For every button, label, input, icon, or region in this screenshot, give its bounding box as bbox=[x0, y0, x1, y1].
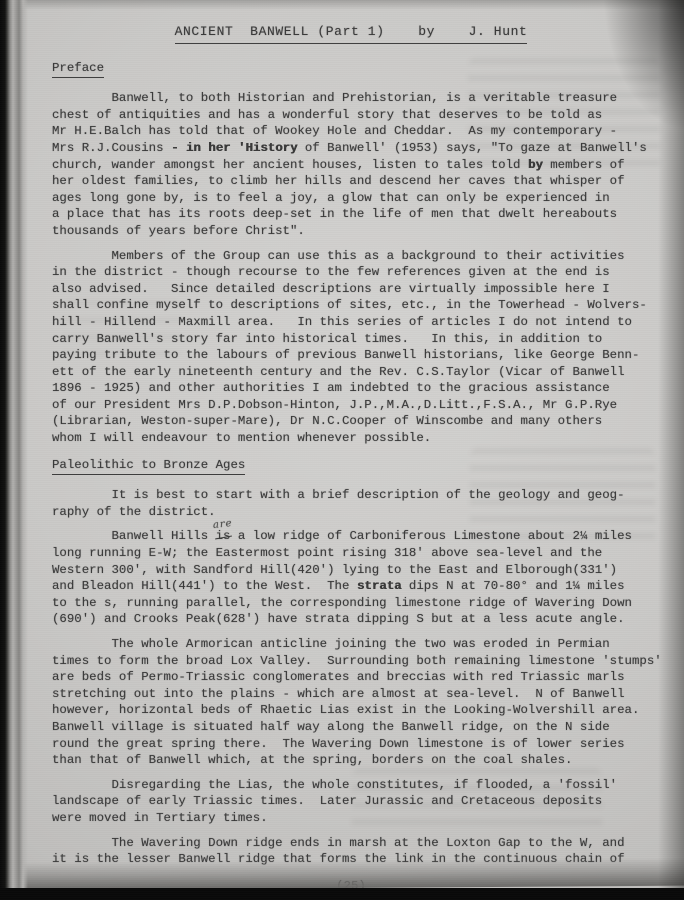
text-line: Banwell village is situated half way alo… bbox=[52, 719, 650, 736]
text-line: church, wander amongst her ancient house… bbox=[52, 157, 650, 174]
scan-background-strip bbox=[0, 888, 684, 900]
title-row: ANCIENT BANWELL (Part 1) by J. Hunt bbox=[52, 24, 650, 44]
text-line: 1896 - 1925) and other authorities I am … bbox=[52, 380, 650, 397]
text-line: carry Banwell's story far into historica… bbox=[52, 331, 650, 348]
text-line: raphy of the district. bbox=[52, 504, 650, 521]
text-line: long running E-W; the Eastermost point r… bbox=[52, 545, 650, 562]
paragraph: Members of the Group can use this as a b… bbox=[52, 248, 650, 447]
text-line: shall confine myself to descriptions of … bbox=[52, 297, 650, 314]
text-line: hill - Hillend - Maxmill area. In this s… bbox=[52, 314, 650, 331]
text-line: are beds of Permo-Triassic conglomerates… bbox=[52, 669, 650, 686]
text-line: were moved in Tertiary times. bbox=[52, 810, 650, 827]
paragraph: Banwell Hills isare a low ridge of Carbo… bbox=[52, 528, 650, 628]
overtyped-text: by bbox=[528, 158, 543, 172]
text-line: It is best to start with a brief descrip… bbox=[52, 487, 650, 504]
document-body: ANCIENT BANWELL (Part 1) by J. Hunt Pref… bbox=[52, 24, 650, 894]
top-edge-shadow bbox=[0, 0, 684, 10]
text-line: Banwell Hills isare a low ridge of Carbo… bbox=[52, 528, 650, 545]
section-preface: Preface Banwell, to both Historian and P… bbox=[52, 60, 650, 447]
struck-text: isare bbox=[216, 528, 231, 545]
section-heading: Preface bbox=[52, 60, 104, 79]
text-line: a place that has its roots deep-set in t… bbox=[52, 206, 650, 223]
text-line: her oldest families, to climb her hills … bbox=[52, 173, 650, 190]
text-line: to the s, running parallel, the correspo… bbox=[52, 595, 650, 612]
paragraph: It is best to start with a brief descrip… bbox=[52, 487, 650, 520]
overtyped-text: strata bbox=[357, 579, 402, 593]
text-line: (Librarian, Weston-super-Mare), Dr N.C.C… bbox=[52, 413, 650, 430]
section-paragraphs: Banwell, to both Historian and Prehistor… bbox=[52, 90, 650, 446]
text-line: and Bleadon Hill(441') to the West. The … bbox=[52, 578, 650, 595]
top-right-corner-shadow bbox=[594, 0, 684, 190]
page-bottom-edge bbox=[0, 858, 684, 891]
overtyped-text: - in her 'History bbox=[171, 141, 297, 155]
text-line: Disregarding the Lias, the whole constit… bbox=[52, 777, 650, 794]
text-line: The whole Armorican anticline joining th… bbox=[52, 636, 650, 653]
section-paleolithic-to-bronze-ages: Paleolithic to Bronze Ages It is best to… bbox=[52, 457, 650, 868]
text-line: chest of antiquities and has a wonderful… bbox=[52, 107, 650, 124]
text-line: times to form the broad Lox Valley. Surr… bbox=[52, 653, 650, 670]
text-line: than that of Banwell which, at the sprin… bbox=[52, 752, 650, 769]
text-line: ett of the early nineteenth century and … bbox=[52, 364, 650, 381]
text-line: The Wavering Down ridge ends in marsh at… bbox=[52, 835, 650, 852]
text-line: (690') and Crooks Peak(628') have strata… bbox=[52, 611, 650, 628]
page-title: ANCIENT BANWELL (Part 1) by J. Hunt bbox=[175, 24, 528, 44]
section-heading: Paleolithic to Bronze Ages bbox=[52, 457, 245, 476]
scanned-book-page: ANCIENT BANWELL (Part 1) by J. Hunt Pref… bbox=[0, 0, 684, 900]
text-line: Western 300', with Sandford Hill(420') l… bbox=[52, 562, 650, 579]
book-binding bbox=[0, 0, 28, 900]
paragraph: Disregarding the Lias, the whole constit… bbox=[52, 777, 650, 827]
text-line: in the district - though recourse to the… bbox=[52, 264, 650, 281]
text-line: Mrs R.J.Cousins - in her 'History of Ban… bbox=[52, 140, 650, 157]
section-paragraphs: It is best to start with a brief descrip… bbox=[52, 487, 650, 867]
text-line: round the great spring there. The Waveri… bbox=[52, 736, 650, 753]
text-line: stretching out into the plains - which a… bbox=[52, 686, 650, 703]
text-line: landscape of early Triassic times. Later… bbox=[52, 793, 650, 810]
text-line: whom I will endeavour to mention wheneve… bbox=[52, 430, 650, 447]
text-line: of our President Mrs D.P.Dobson-Hinton, … bbox=[52, 397, 650, 414]
text-line: thousands of years before Christ". bbox=[52, 223, 650, 240]
text-line: ages long gone by, is to feel a joy, a g… bbox=[52, 190, 650, 207]
paragraph: The whole Armorican anticline joining th… bbox=[52, 636, 650, 769]
text-line: paying tribute to the labours of previou… bbox=[52, 347, 650, 364]
paragraph: Banwell, to both Historian and Prehistor… bbox=[52, 90, 650, 239]
text-line: also advised. Since detailed description… bbox=[52, 281, 650, 298]
text-line: Members of the Group can use this as a b… bbox=[52, 248, 650, 265]
text-line: Mr H.E.Balch has told that of Wookey Hol… bbox=[52, 123, 650, 140]
handwritten-insertion: are bbox=[212, 516, 233, 535]
text-line: however, horizontal beds of Rhaetic Lias… bbox=[52, 702, 650, 719]
text-line: Banwell, to both Historian and Prehistor… bbox=[52, 90, 650, 107]
